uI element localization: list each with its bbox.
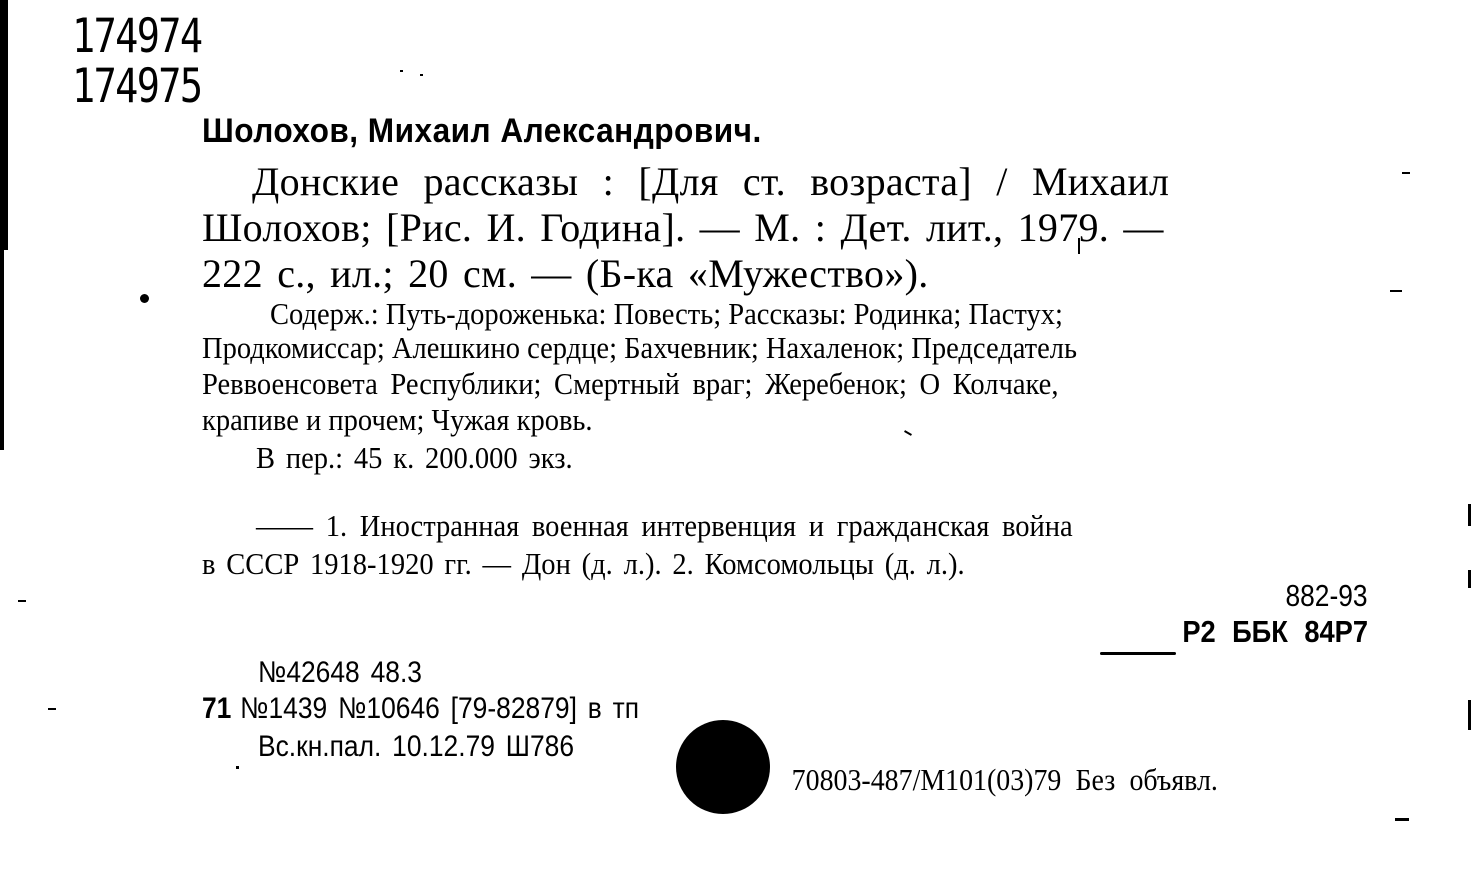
scan-speck [1078, 238, 1080, 254]
scan-speck [48, 708, 56, 710]
scan-speck [1402, 172, 1410, 174]
tech-line-1: №42648 48.3 [258, 656, 422, 690]
tech-line-2-lead: 71 [202, 692, 231, 725]
contents-line-1: Содерж.: Путь-дороженька: Повесть; Расск… [270, 296, 1063, 332]
subject-line-2: в СССР 1918-1920 гг. — Дон (д. л.). 2. К… [202, 546, 965, 582]
scan-speck [1390, 290, 1402, 292]
title-line-3: 222 с., ил.; 20 см. — (Б-ка «Мужество»). [202, 250, 929, 297]
contents-line-4: крапиве и прочем; Чужая кровь. [202, 402, 593, 438]
bbk-code: Р2 ББК 84Р7 [1182, 614, 1368, 650]
price-line: В пер.: 45 к. 200.000 экз. [256, 440, 573, 476]
scan-speck [1395, 818, 1409, 821]
inventory-number-1: 174974 [72, 12, 201, 62]
tech-line-4: 70803-487/М101(03)79 Без объявл. [792, 762, 1218, 798]
inventory-number-2: 174975 [72, 62, 201, 112]
scan-speck [400, 70, 403, 72]
scan-speck [236, 766, 239, 769]
tech-line-3: Вс.кн.пал. 10.12.79 Ш786 [258, 730, 574, 764]
catalog-card: 174974 174975 Шолохов, Михаил Александро… [0, 0, 1472, 880]
ink-dot [140, 294, 149, 303]
tech-line-2-text: №1439 №10646 [79-82879] в тп [240, 692, 639, 725]
subject-line-1: —— 1. Иностранная военная интервенция и … [256, 508, 1073, 544]
scan-speck [904, 430, 912, 436]
author-heading: Шолохов, Михаил Александрович. [202, 112, 762, 151]
pen-underline-mark [1100, 652, 1176, 655]
title-line-2: Шолохов; [Рис. И. Година]. — М. : Дет. л… [202, 204, 1164, 251]
scan-speck [1468, 700, 1471, 730]
contents-line-2: Продкомиссар; Алешкино сердце; Бахчевник… [202, 330, 1077, 366]
contents-line-3: Реввоенсовета Республики; Смертный враг;… [202, 366, 1058, 402]
scan-speck [420, 74, 423, 76]
scan-edge-shadow-lower [0, 250, 4, 450]
scan-edge-shadow [0, 0, 8, 250]
udc-code: 882-93 [1286, 578, 1368, 614]
scan-speck [18, 600, 26, 602]
title-line-1: Донские рассказы : [Для ст. возраста] / … [252, 158, 1169, 205]
tech-line-2: 71№1439 №10646 [79-82879] в тп [202, 692, 639, 726]
inventory-numbers: 174974 174975 [72, 12, 201, 112]
scan-speck [1468, 504, 1471, 526]
punch-hole [676, 720, 770, 814]
scan-speck [1468, 570, 1471, 588]
